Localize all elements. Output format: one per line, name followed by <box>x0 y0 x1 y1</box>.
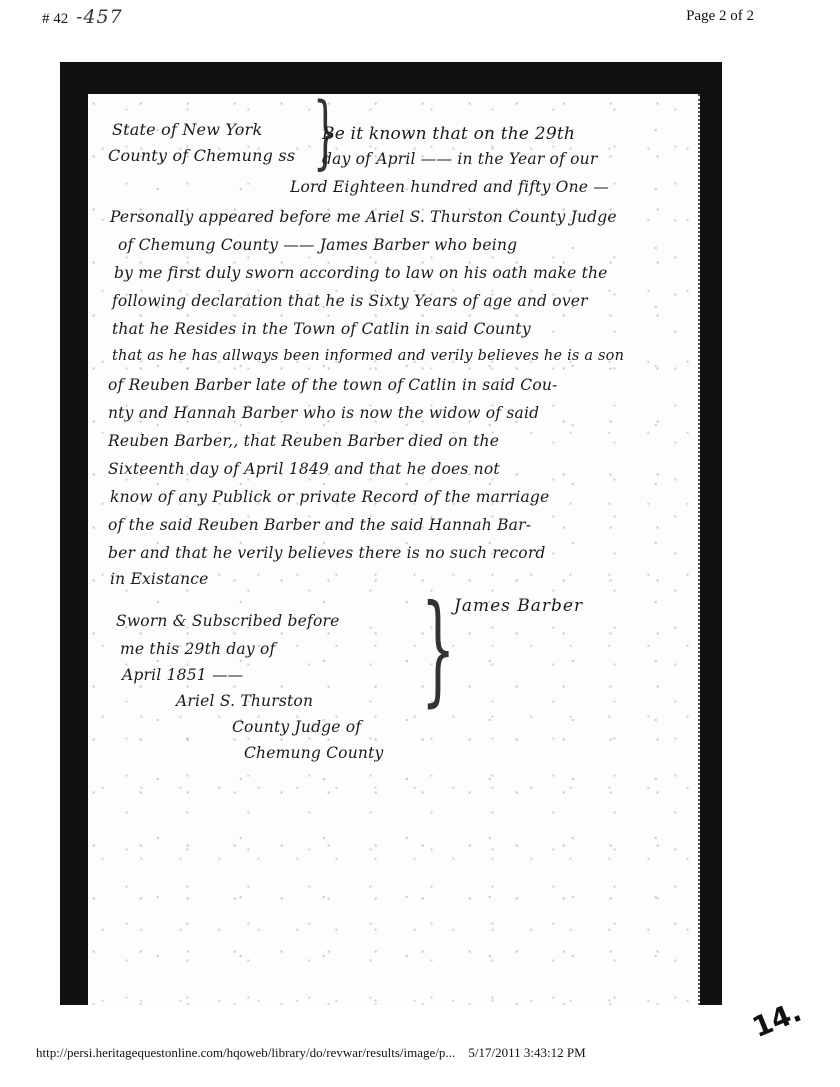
body-line-3: by me first duly sworn according to law … <box>114 264 608 282</box>
judge-county: Chemung County <box>244 744 383 762</box>
opening-line-2: day of April —— in the Year of our <box>322 150 597 168</box>
record-number-handwritten: -457 <box>76 6 123 28</box>
venue-county: County of Chemung ss <box>108 146 295 165</box>
record-number-printed: # 42 <box>42 11 68 27</box>
opening-line-3: Lord Eighteen hundred and fifty One — <box>290 178 609 196</box>
body-line-8: nty and Hannah Barber who is now the wid… <box>108 404 539 422</box>
body-line-4: following declaration that he is Sixty Y… <box>112 292 588 310</box>
body-line-5: that he Resides in the Town of Catlin in… <box>112 320 531 338</box>
body-line-7: of Reuben Barber late of the town of Cat… <box>108 376 558 394</box>
body-line-10: Sixteenth day of April 1849 and that he … <box>108 460 500 478</box>
body-line-13: ber and that he verily believes there is… <box>108 544 546 562</box>
jurat-brace: } <box>421 590 455 710</box>
source-url: http://persi.heritagequestonline.com/hqo… <box>36 1045 455 1060</box>
jurat-line-1: Sworn & Subscribed before <box>116 612 339 630</box>
body-line-6: that as he has allways been informed and… <box>112 348 624 364</box>
body-line-11: know of any Publick or private Record of… <box>110 488 549 506</box>
jurat-line-2: me this 29th day of <box>120 640 275 658</box>
judge-title: County Judge of <box>232 718 361 736</box>
page-indicator: Page 2 of 2 <box>686 8 754 25</box>
handwritten-page-number: 14. <box>748 995 806 1044</box>
body-line-12: of the said Reuben Barber and the said H… <box>108 516 531 534</box>
body-line-2: of Chemung County —— James Barber who be… <box>118 236 517 254</box>
record-number: # 42 -457 <box>42 6 123 28</box>
declarant-signature: James Barber <box>454 596 583 616</box>
body-line-9: Reuben Barber,, that Reuben Barber died … <box>108 432 499 450</box>
body-line-14: in Existance <box>110 570 209 588</box>
jurat-line-3: April 1851 —— <box>122 666 243 684</box>
print-footer: http://persi.heritagequestonline.com/hqo… <box>36 1045 586 1061</box>
paper-edge-right <box>695 94 700 1005</box>
body-line-1: Personally appeared before me Ariel S. T… <box>110 208 617 226</box>
print-timestamp: 5/17/2011 3:43:12 PM <box>468 1045 585 1060</box>
venue-state: State of New York <box>112 120 262 139</box>
judge-name: Ariel S. Thurston <box>176 692 313 710</box>
opening-line-1: Be it known that on the 29th <box>322 124 575 144</box>
